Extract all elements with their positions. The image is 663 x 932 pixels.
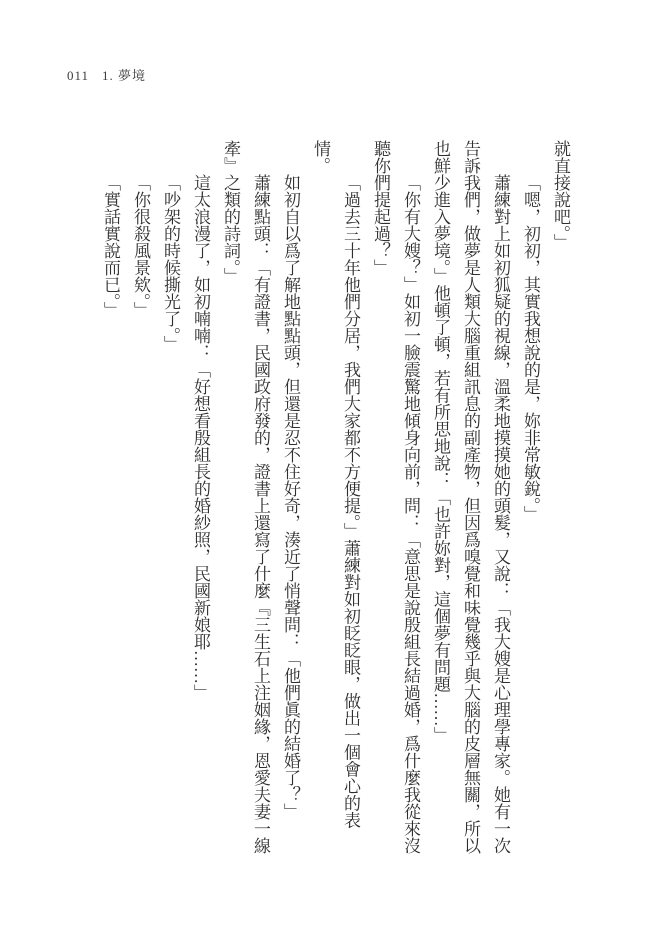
text-line: 這太浪漫了，如初喃喃：「好想看殷組長的婚紗照，民國新娘耶……」: [185, 140, 215, 858]
text-line: 「過去三十年他們分居，我們大家都不方便提。」蕭練對如初眨眨眼，做出一個會心的表: [335, 140, 365, 858]
text-line: 「你有大嫂？」如初一臉震驚地傾身向前，問：「意思是說殷組長結過婚，爲什麼我從來沒: [395, 140, 425, 858]
text-line: 「實話實說而已。」: [95, 140, 125, 858]
text-line: 如初自以爲了解地點點頭，但還是忍不住好奇，湊近了悄聲問：「他們眞的結婚了？」: [275, 140, 305, 858]
text-line: 就直接說吧。」: [545, 140, 575, 858]
text-line: 牽』之類的詩詞。」: [215, 140, 245, 858]
page-number: 011: [67, 68, 89, 84]
text-line: 「你很殺風景欸。」: [125, 140, 155, 858]
text-line: 蕭練點頭：「有證書，民國政府發的，證書上還寫了什麼『三生石上注姻緣，恩愛夫妻一線: [245, 140, 275, 858]
body-text: 就直接說吧。」「嗯，初初，其實我想說的是，妳非常敏銳。」蕭練對上如初狐疑的視線，…: [95, 140, 575, 858]
chapter-title: 1. 夢境: [102, 65, 146, 84]
text-line: 告訴我們，做夢是人類大腦重組訊息的副產物，但因爲嗅覺和味覺幾乎與大腦的皮層無關，…: [455, 140, 485, 858]
book-page: 011 1. 夢境 就直接說吧。」「嗯，初初，其實我想說的是，妳非常敏銳。」蕭練…: [0, 0, 663, 932]
text-line: 蕭練對上如初狐疑的視線，溫柔地摸摸她的頭髮，又說：「我大嫂是心理學專家。她有一次: [485, 140, 515, 858]
text-line: 「嗯，初初，其實我想說的是，妳非常敏銳。」: [515, 140, 545, 858]
text-line: 也鮮少進入夢境。」他頓了頓，若有所思地說：「也許妳對，這個夢有問題……」: [425, 140, 455, 858]
running-header: 011 1. 夢境: [67, 65, 146, 84]
text-line: 情。: [305, 140, 335, 858]
text-line: 「吵架的時候撕光了。」: [155, 140, 185, 858]
text-line: 聽你們提起過？」: [365, 140, 395, 858]
